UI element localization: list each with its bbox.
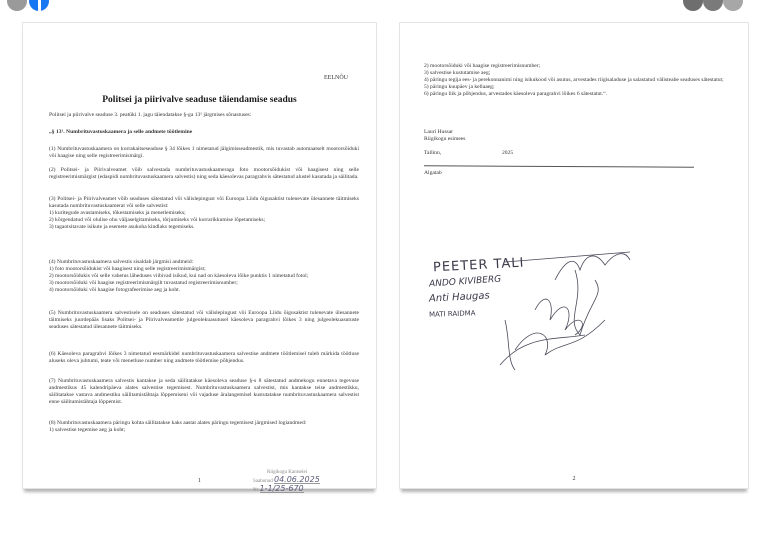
document-title: Politsei ja piirivalve seaduse täiendami… xyxy=(23,95,376,106)
year: 2025 xyxy=(502,150,513,157)
paragraph-8: (8) Numbrituvastuskaamera päringu kohta … xyxy=(49,420,359,434)
document-page-1: EELNÕU Politsei ja piirivalve seaduse tä… xyxy=(22,22,377,489)
paragraph-7: (7) Numbrituvastuskaamera salvestis kant… xyxy=(49,378,359,406)
draft-label: EELNÕU xyxy=(324,75,348,82)
back-icon[interactable] xyxy=(7,0,27,11)
page-number: 2 xyxy=(400,476,748,483)
stamp-date: 04.06.2025 xyxy=(274,476,320,484)
signature-scribbles xyxy=(405,240,645,380)
zoom-icon[interactable] xyxy=(703,0,723,11)
paragraph-6: (6) Käesoleva paragrahvi lõikes 3 nimeta… xyxy=(49,351,359,365)
paragraph-4: (4) Numbrituvastuskaamera salvestis sisa… xyxy=(49,259,359,294)
city: Tallinn, xyxy=(424,150,441,157)
intro-text: Politsei ja piirivalve seaduse 3. peatük… xyxy=(49,112,359,119)
paragraph-3: (3) Politsei- ja Piirivalveamet võib sea… xyxy=(49,196,359,231)
signatures: PEETER TALI ANDO KIVIBERG Anti Haugas MA… xyxy=(405,240,645,380)
paragraph-1: (1) Numbrituvastuskaamera on korrakaitse… xyxy=(49,146,359,160)
signer-block: Lauri Hussar Riigikogu esimees xyxy=(424,129,465,143)
section-heading: „§ 13¹. Numbrituvastuskaamera ja selle a… xyxy=(49,129,359,136)
search-icon[interactable] xyxy=(683,0,703,11)
paragraph-2: (2) Politsei- ja Piirivalveamet võib sal… xyxy=(49,167,359,181)
paragraph-5: (5) Numbrituvastuskaamera salvestisele o… xyxy=(49,310,359,331)
signer-title: Riigikogu esimees xyxy=(424,136,465,143)
divider xyxy=(424,165,694,167)
initiator-label: Algatab xyxy=(424,170,442,177)
stamp-reg-label: Nr xyxy=(253,488,258,493)
facebook-icon[interactable] xyxy=(29,0,49,11)
list-continuation: 2) mootorsõiduki või haagise registreeri… xyxy=(424,63,734,98)
close-icon[interactable] xyxy=(723,0,743,11)
stamp-reg-number: 1-1/25-670 xyxy=(260,485,304,493)
signer-name: Lauri Hussar xyxy=(424,129,465,136)
registry-stamp: Riigikogu Kantselei Saabunud 04.06.2025 … xyxy=(253,469,353,494)
